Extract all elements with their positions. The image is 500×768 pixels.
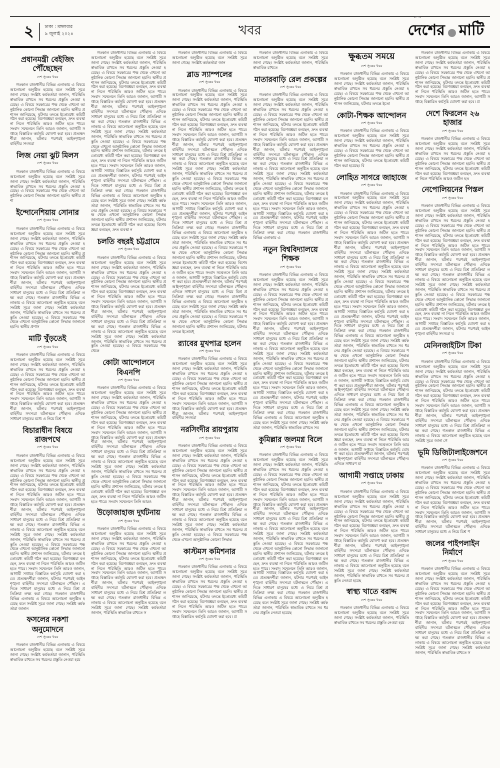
article-body: গতকাল রাজধানীর বিভিন্ন এলাকায় এ বিষয়ে … (253, 453, 328, 615)
article-byline: দেশ সূত্রের খবর (10, 75, 85, 81)
article-body: গতকাল রাজধানীর বিভিন্ন এলাকায় এ বিষয়ে … (334, 129, 409, 168)
article-body: গতকাল রাজধানীর বিভিন্ন এলাকায় এ বিষয়ে … (10, 227, 85, 330)
article-body: গতকাল রাজধানীর বিভিন্ন এলাকায় এ বিষয়ে … (10, 643, 85, 663)
article-byline: দেশ সূত্রের খবর (10, 218, 85, 224)
article-headline: কুমিল্লার জলমগ্ন বিলে (254, 435, 327, 444)
article-body: গতকাল রাজধানীর বিভিন্ন এলাকায় এ বিষয়ে … (172, 89, 247, 335)
article-byline: দেশ সূত্রের খবর (172, 349, 247, 355)
article-body: গতকাল রাজধানীর বিভিন্ন এলাকায় এ বিষয়ে … (10, 353, 85, 422)
article-headline: মেনিনজাইটিস টিকা (416, 341, 489, 350)
article-byline: দেশ সূত্রের খবর (415, 559, 490, 565)
article-headline: আগামী সপ্তাহে ঢাকায় (335, 471, 408, 480)
article-body: গতকাল রাজধানীর বিভিন্ন এলাকায় এ বিষয়ে … (334, 72, 409, 106)
masthead-dot-icon (448, 29, 456, 37)
newspaper-page: ২ ঢাকা : মঙ্গলবার ৯ জুলাই ২০২৪ খবর দেশের… (0, 0, 500, 768)
article-headline: মাতারবাড়ি রেল প্রকল্পের (254, 75, 327, 84)
article-byline: দেশ সূত্রের খবর (334, 64, 409, 70)
news-column: গতকাল রাজধানীর বিভিন্ন এলাকায় এ বিষয়ে … (172, 51, 247, 766)
article-headline: নরসিংদীর রায়পুরায় (173, 425, 246, 434)
article-byline: দেশ সূত্রের খবর (172, 80, 247, 86)
article-headline: নতুন বিশ্ববিদ্যালয়ে শিক্ষক (254, 245, 327, 264)
article-body: গতকাল রাজধানীর বিভিন্ন এলাকায় এ বিষয়ে … (334, 192, 409, 468)
article-byline: দেশ সূত্রের খবর (172, 557, 247, 563)
article-byline: দেশ সূত্রের খবর (172, 436, 247, 442)
article-headline: উড়োজাহাজ দুর্ঘটনায় (92, 508, 165, 517)
article-headline: ইন্দোনেশিয়ায় সোনার (11, 208, 84, 217)
article-headline: প্রধানমন্ত্রী বেইজিং পৌঁছেছেন (11, 55, 84, 74)
article-headline: নেপোলিয়নের পিস্তল (416, 185, 489, 194)
article-byline: দেশ সূত্রের খবর (91, 247, 166, 253)
section-title: খবর (239, 21, 262, 42)
article-body: গতকাল রাজধানীর বিভিন্ন এলাকায় এ বিষয়ে … (415, 567, 490, 656)
article-body: গতকাল রাজধানীর বিভিন্ন এলাকায় এ বিষয়ে … (91, 386, 166, 504)
article-body: গতকাল রাজধানীর বিভিন্ন এলাকায় এ বিষয়ে … (253, 51, 328, 71)
article-body: গতকাল রাজধানীর বিভিন্ন এলাকায় এ বিষয়ে … (334, 606, 409, 626)
news-column: প্রধানমন্ত্রী বেইজিং পৌঁছেছেনদেশ সূত্রের… (10, 51, 85, 766)
article-headline: ফসলের নকশা অনুমোদনে (11, 615, 84, 634)
article-headline: চলতি বছরই চট্টগ্রামে (92, 237, 165, 246)
article-byline: দেশ সূত্রের খবর (253, 265, 328, 271)
article-body: গতকাল রাজধানীর বিভিন্ন এলাকায় এ বিষয়ে … (91, 527, 166, 616)
article-body: গতকাল রাজধানীর বিভিন্ন এলাকায় এ বিষয়ে … (172, 444, 247, 542)
article-body: গতকাল রাজধানীর বিভিন্ন এলাকায় এ বিষয়ে … (415, 466, 490, 535)
article-byline: দেশ সূত্রের খবর (415, 129, 490, 135)
article-headline: কাস্টমস কমিশনার (173, 547, 246, 556)
header-left: ২ ঢাকা : মঙ্গলবার ৯ জুলাই ২০২৪ (10, 23, 73, 41)
article-byline: দেশ সূত্রের খবর (10, 161, 85, 167)
article-body: গতকাল রাজধানীর বিভিন্ন এলাকায় এ বিষয়ে … (172, 565, 247, 619)
article-body: গতকাল রাজধানীর বিভিন্ন এলাকায় এ বিষয়ে … (10, 83, 85, 147)
article-byline: দেশ সূত্রের খবর (253, 85, 328, 91)
article-headline: কোটা আন্দোলনে বিএনপি (92, 358, 165, 377)
news-column: গতকাল রাজধানীর বিভিন্ন এলাকায় এ বিষয়ে … (415, 51, 490, 766)
article-body: গতকাল রাজধানীর বিভিন্ন এলাকায় এ বিষয়ে … (91, 51, 166, 233)
news-column: গতকাল রাজধানীর বিভিন্ন এলাকায় এ বিষয়ে … (253, 51, 328, 766)
article-headline: মাটি খুঁড়তেই (11, 334, 84, 343)
article-body: গতকাল রাজধানীর বিভিন্ন এলাকায় এ বিষয়ে … (253, 93, 328, 241)
article-byline: দেশ সূত্রের খবর (415, 351, 490, 357)
article-body: গতকাল রাজধানীর বিভিন্ন এলাকায় এ বিষয়ে … (415, 204, 490, 337)
article-body: গতকাল রাজধানীর বিভিন্ন এলাকায় এ বিষয়ে … (253, 273, 328, 431)
article-body: গতকাল রাজধানীর বিভিন্ন এলাকায় এ বিষয়ে … (172, 51, 247, 66)
article-body: গতকাল রাজধানীর বিভিন্ন এলাকায় এ বিষয়ে … (172, 357, 247, 421)
article-body: গতকাল রাজধানীর বিভিন্ন এলাকায় এ বিষয়ে … (415, 360, 490, 444)
article-headline: বিচারাধীন বিষয়ে রাজপথে (11, 426, 84, 445)
page-header: ২ ঢাকা : মঙ্গলবার ৯ জুলাই ২০২৪ খবর দেশের… (10, 16, 490, 48)
article-byline: দেশ সূত্রের খবর (10, 345, 85, 351)
masthead-word-2: মাটি (459, 19, 484, 44)
article-byline: দেশ সূত্রের খবর (334, 121, 409, 127)
article-byline: দেশ সূত্রের খবর (10, 445, 85, 451)
article-byline: দেশ সূত্রের খবর (415, 196, 490, 202)
masthead-word-1: দেশের (408, 19, 445, 44)
article-body: গতকাল রাজধানীর বিভিন্ন এলাকায় এ বিষয়ে … (415, 51, 490, 105)
article-headline: র‍্যাবের মুখপাত্র হলেন (173, 339, 246, 348)
article-headline: স্বাস্থ্য খাতে বরাদ্দ (335, 587, 408, 596)
article-byline: দেশ সূত্রের খবর (415, 458, 490, 464)
article-headline: দেশে ফিরলেন ২৬ হাজার (416, 109, 489, 128)
news-column: ক্ষুব্ধতম সময়েদেশ সূত্রের খবরগতকাল রাজধ… (334, 51, 409, 766)
article-byline: দেশ সূত্রের খবর (334, 481, 409, 487)
article-headline: ক্ষুব্ধতম সময়ে (335, 52, 408, 63)
article-body: গতকাল রাজধানীর বিভিন্ন এলাকায় এ বিষয়ে … (334, 490, 409, 584)
article-byline: দেশ সূত্রের খবর (334, 598, 409, 604)
article-byline: দেশ সূত্রের খবর (334, 183, 409, 189)
masthead-ornament-icon (414, 16, 421, 20)
header-divider (39, 23, 40, 41)
article-headline: ভূমি ডিজিটালাইজেশনে (416, 448, 489, 457)
article-body: গতকাল রাজধানীর বিভিন্ন এলাকায় এ বিষয়ে … (10, 170, 85, 204)
page-number: ২ (24, 24, 34, 39)
news-column: গতকাল রাজধানীর বিভিন্ন এলাকায় এ বিষয়ে … (91, 51, 166, 766)
masthead: দেশের মাটি (408, 19, 490, 44)
article-byline: দেশ সূত্রের খবর (253, 445, 328, 451)
article-body: গতকাল রাজধানীর বিভিন্ন এলাকায় এ বিষয়ে … (415, 137, 490, 181)
article-byline: দেশ সূত্রের খবর (91, 378, 166, 384)
article-headline: ব্লাড স্যাম্পলের (173, 70, 246, 79)
article-headline: জলের পাইপলাইন নির্মাণে (416, 539, 489, 558)
news-columns: প্রধানমন্ত্রী বেইজিং পৌঁছেছেনদেশ সূত্রের… (10, 51, 490, 766)
dateline-date: ৯ জুলাই ২০২৪ (45, 32, 74, 38)
article-headline: লোহিত সাগরে জাহাজে (335, 173, 408, 182)
article-body: গতকাল রাজধানীর বিভিন্ন এলাকায় এ বিষয়ে … (91, 256, 166, 354)
article-headline: কোটা-শিক্ষক আন্দোলন (335, 111, 408, 120)
article-body: গতকাল রাজধানীর বিভিন্ন এলাকায় এ বিষয়ে … (10, 454, 85, 612)
article-byline: দেশ সূত্রের খবর (91, 519, 166, 525)
article-headline: লিজ নেয়া ঝুট মিলস (11, 151, 84, 160)
article-byline: দেশ সূত্রের খবর (10, 635, 85, 641)
dateline: ঢাকা : মঙ্গলবার ৯ জুলাই ২০২৪ (45, 25, 74, 37)
